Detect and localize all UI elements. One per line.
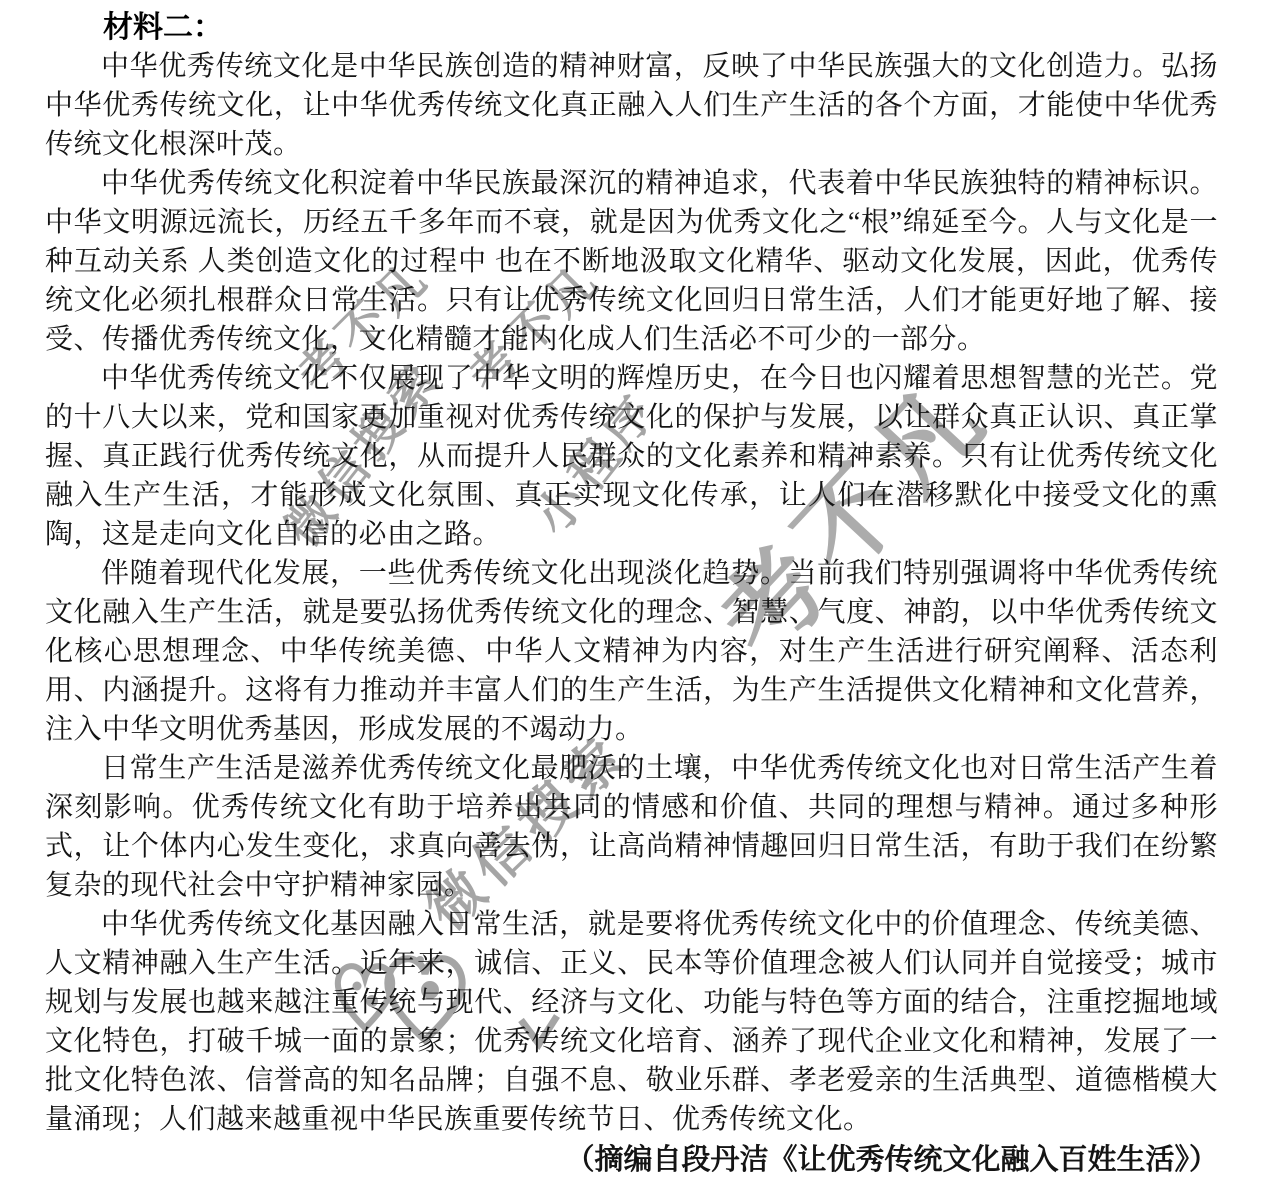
paragraph-4: 伴随着现代化发展，一些优秀传统文化出现淡化趋势。当前我们特别强调将中华优秀传统文… [45, 554, 1218, 749]
paragraph-3: 中华优秀传统文化不仅展现了中华文明的辉煌历史，在今日也闪耀着思想智慧的光芒。党的… [45, 359, 1218, 554]
paragraph-1: 中华优秀传统文化是中华民族创造的精神财富，反映了中华民族强大的文化创造力。弘扬中… [45, 47, 1218, 164]
paragraph-2: 中华优秀传统文化积淀着中华民族最深沉的精神追求，代表着中华民族独特的精神标识。中… [45, 164, 1218, 359]
material-title: 材料二： [45, 8, 1218, 47]
document-page: 微信搜索 考不凡 考不凡 小程序 考不凡 微信搜索 材料二： 中华优秀传统文化是… [0, 0, 1262, 1184]
attribution-line: （摘编自段丹洁《让优秀传统文化融入百姓生活》） [45, 1139, 1218, 1181]
paragraph-6: 中华优秀传统文化基因融入日常生活，就是要将优秀传统文化中的价值理念、传统美德、人… [45, 905, 1218, 1139]
paragraph-5: 日常生产生活是滋养优秀传统文化最肥沃的土壤，中华优秀传统文化也对日常生活产生着深… [45, 749, 1218, 905]
article: 材料二： 中华优秀传统文化是中华民族创造的精神财富，反映了中华民族强大的文化创造… [0, 0, 1262, 1181]
